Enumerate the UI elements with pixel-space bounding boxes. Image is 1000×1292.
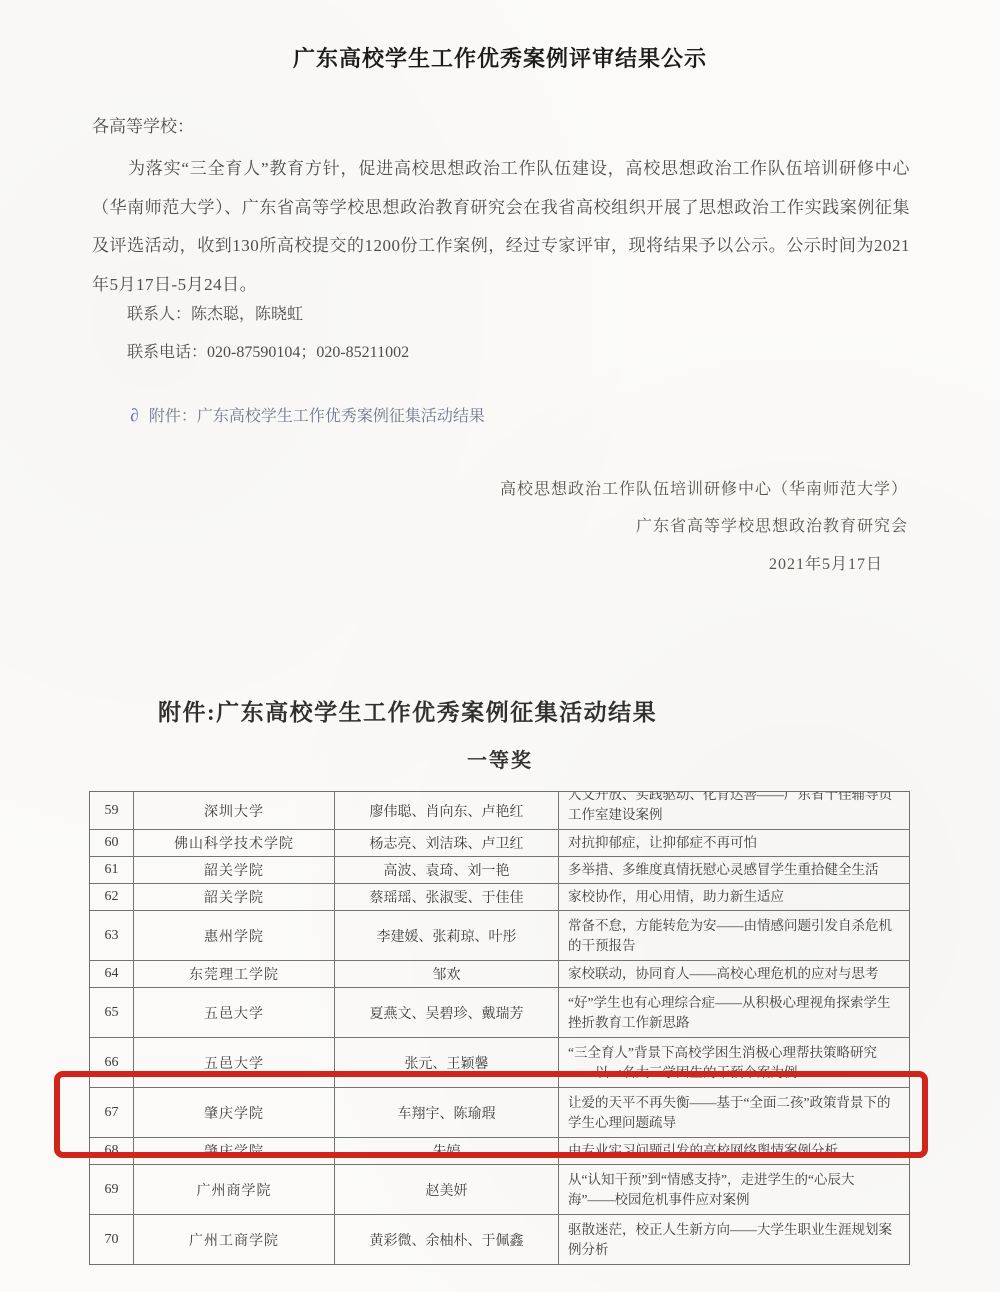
cell-index: 67 — [90, 1088, 134, 1137]
cell-index: 70 — [90, 1215, 134, 1264]
cell-authors: 杨志亮、刘洁珠、卢卫红 — [335, 830, 559, 856]
cell-authors: 张元、王颖馨 — [335, 1038, 559, 1087]
cell-case-title: “好”学生也有心理综合症——从积极心理视角探索学生挫折教育工作新思路 — [559, 988, 909, 1037]
cell-case-title: 多举措、多维度真情抚慰心灵感冒学生重拾健全生活 — [559, 857, 909, 883]
table-row-highlighted-67: 67 肇庆学院 车翔宇、陈瑜瑕 让爱的天平不再失衡——基于“全面二孩”政策背景下… — [90, 1088, 909, 1138]
cell-authors: 车翔宇、陈瑜瑕 — [335, 1088, 559, 1137]
case-title-text: 人文开放、实践驱动、化育达善——广东省十佳辅导员工作室建设案例 — [568, 792, 900, 824]
cell-index: 65 — [90, 988, 134, 1037]
case-title-text: 驱散迷茫，校正人生新方向——大学生职业生涯规划案例分析 — [568, 1220, 900, 1259]
cell-authors: 高波、袁琦、刘一艳 — [335, 857, 559, 883]
signature-date: 2021年5月17日 — [769, 551, 883, 574]
table-row: 69 广州商学院 赵美妍 从“认知干预”到“情感支持”，走进学生的“心辰大海”—… — [90, 1165, 909, 1215]
attachment-link[interactable]: 附件：广东高校学生工作优秀案例征集活动结果 — [149, 408, 485, 425]
table-row: 65 五邑大学 夏燕文、吴碧珍、戴瑞芳 “好”学生也有心理综合症——从积极心理视… — [90, 988, 909, 1038]
cell-index: 60 — [90, 830, 134, 856]
cell-school: 五邑大学 — [134, 1038, 335, 1087]
cell-case-title: 从“认知干预”到“情感支持”，走进学生的“心辰大海”——校园危机事件应对案例 — [559, 1165, 909, 1214]
cell-index: 62 — [90, 884, 134, 910]
cell-case-title: 家校协作，用心用情，助力新生适应 — [559, 884, 909, 910]
table-row: 60 佛山科学技术学院 杨志亮、刘洁珠、卢卫红 对抗抑郁症，让抑郁症不再可怕 — [90, 830, 909, 857]
case-title-text: “好”学生也有心理综合症——从积极心理视角探索学生挫折教育工作新思路 — [568, 993, 900, 1032]
cell-index: 63 — [90, 911, 134, 960]
cell-case-title: 让爱的天平不再失衡——基于“全面二孩”政策背景下的学生心理问题疏导 — [559, 1088, 909, 1137]
table-row: 62 韶关学院 蔡瑶瑶、张淑雯、于佳佳 家校协作，用心用情，助力新生适应 — [90, 884, 909, 911]
contact-person-line: 联系人：陈杰聪，陈晓虹 — [127, 301, 303, 324]
cell-index: 69 — [90, 1165, 134, 1214]
cell-case-title: 对抗抑郁症，让抑郁症不再可怕 — [559, 830, 909, 856]
case-title-text: 常备不怠，方能转危为安——由情感问题引发自杀危机的干预报告 — [568, 916, 900, 955]
table-row: 66 五邑大学 张元、王颖馨 “三全育人”背景下高校学困生消极心理帮扶策略研究—… — [90, 1038, 909, 1088]
cell-index: 68 — [90, 1138, 134, 1164]
cell-school: 广州工商学院 — [134, 1215, 335, 1264]
table-row: 59 深圳大学 廖伟聪、肖向东、卢艳红 人文开放、实践驱动、化育达善——广东省十… — [90, 792, 909, 830]
cell-case-title: 常备不怠，方能转危为安——由情感问题引发自杀危机的干预报告 — [559, 911, 909, 960]
cell-school: 韶关学院 — [134, 884, 335, 910]
case-title-text: 让爱的天平不再失衡——基于“全面二孩”政策背景下的学生心理问题疏导 — [568, 1093, 900, 1132]
cell-authors: 朱婷 — [335, 1138, 559, 1164]
table-row: 63 惠州学院 李建媛、张莉琼、叶彤 常备不怠，方能转危为安——由情感问题引发自… — [90, 911, 909, 961]
attachment-icon: ∂ — [129, 404, 141, 426]
cell-school: 肇庆学院 — [134, 1138, 335, 1164]
cell-authors: 蔡瑶瑶、张淑雯、于佳佳 — [335, 884, 559, 910]
cell-school: 佛山科学技术学院 — [134, 830, 335, 856]
case-title-text: “三全育人”背景下高校学困生消极心理帮扶策略研究——以一名大三学困生的干预个案为… — [568, 1043, 900, 1082]
attachment-link-row: ∂附件：广东高校学生工作优秀案例征集活动结果 — [130, 403, 485, 426]
first-prize-table: 59 深圳大学 廖伟聪、肖向东、卢艳红 人文开放、实践驱动、化育达善——广东省十… — [89, 791, 910, 1265]
award-tier-label: 一等奖 — [0, 744, 1000, 773]
salutation: 各高等学校： — [92, 112, 194, 137]
cell-authors: 夏燕文、吴碧珍、戴瑞芳 — [335, 988, 559, 1037]
cell-school: 广州商学院 — [134, 1165, 335, 1214]
case-title-text: 由专业实习问题引发的高校网络舆情案例分析 — [568, 1141, 838, 1161]
page-title: 广东高校学生工作优秀案例评审结果公示 — [0, 42, 1000, 73]
cell-case-title: 人文开放、实践驱动、化育达善——广东省十佳辅导员工作室建设案例 — [559, 792, 909, 829]
cell-index: 64 — [90, 961, 134, 987]
cell-authors: 李建媛、张莉琼、叶彤 — [335, 911, 559, 960]
cell-school: 肇庆学院 — [134, 1088, 335, 1137]
signature-org-2: 广东省高等学校思想政治教育研究会 — [636, 513, 908, 536]
table-row: 70 广州工商学院 黄彩微、余柚朴、于佩鑫 驱散迷茫，校正人生新方向——大学生职… — [90, 1215, 909, 1264]
table-row-highlighted-68: 68 肇庆学院 朱婷 由专业实习问题引发的高校网络舆情案例分析 — [90, 1138, 909, 1165]
cell-index: 59 — [90, 792, 134, 829]
body-paragraph: 为落实“三全育人”教育方针，促进高校思想政治工作队伍建设，高校思想政治工作队伍培… — [92, 150, 910, 304]
signature-org-1: 高校思想政治工作队伍培训研修中心（华南师范大学） — [500, 476, 908, 499]
case-title-text: 家校联动，协同育人——高校心理危机的应对与思考 — [568, 964, 879, 984]
appendix-heading: 附件:广东高校学生工作优秀案例征集活动结果 — [158, 694, 657, 727]
cell-case-title: 驱散迷茫，校正人生新方向——大学生职业生涯规划案例分析 — [559, 1215, 909, 1264]
cell-school: 惠州学院 — [134, 911, 335, 960]
cell-authors: 黄彩微、余柚朴、于佩鑫 — [335, 1215, 559, 1264]
case-title-text: 对抗抑郁症，让抑郁症不再可怕 — [568, 833, 757, 853]
case-title-text: 从“认知干预”到“情感支持”，走进学生的“心辰大海”——校园危机事件应对案例 — [568, 1170, 900, 1209]
table-row: 64 东莞理工学院 邹欢 家校联动，协同育人——高校心理危机的应对与思考 — [90, 961, 909, 988]
cell-authors: 廖伟聪、肖向东、卢艳红 — [335, 792, 559, 829]
cell-school: 五邑大学 — [134, 988, 335, 1037]
cell-school: 韶关学院 — [134, 857, 335, 883]
cell-case-title: 由专业实习问题引发的高校网络舆情案例分析 — [559, 1138, 909, 1164]
cell-school: 东莞理工学院 — [134, 961, 335, 987]
table-row: 61 韶关学院 高波、袁琦、刘一艳 多举措、多维度真情抚慰心灵感冒学生重拾健全生… — [90, 857, 909, 884]
cell-authors: 邹欢 — [335, 961, 559, 987]
cell-school: 深圳大学 — [134, 792, 335, 829]
cell-case-title: “三全育人”背景下高校学困生消极心理帮扶策略研究——以一名大三学困生的干预个案为… — [559, 1038, 909, 1087]
cell-index: 66 — [90, 1038, 134, 1087]
case-title-text: 多举措、多维度真情抚慰心灵感冒学生重拾健全生活 — [568, 860, 879, 880]
cell-case-title: 家校联动，协同育人——高校心理危机的应对与思考 — [559, 961, 909, 987]
case-title-text: 家校协作，用心用情，助力新生适应 — [568, 887, 784, 907]
announcement-page: 广东高校学生工作优秀案例评审结果公示 各高等学校： 为落实“三全育人”教育方针，… — [0, 0, 1000, 1292]
cell-authors: 赵美妍 — [335, 1165, 559, 1214]
contact-phone-line: 联系电话：020-87590104；020-85211002 — [127, 339, 409, 362]
cell-index: 61 — [90, 857, 134, 883]
